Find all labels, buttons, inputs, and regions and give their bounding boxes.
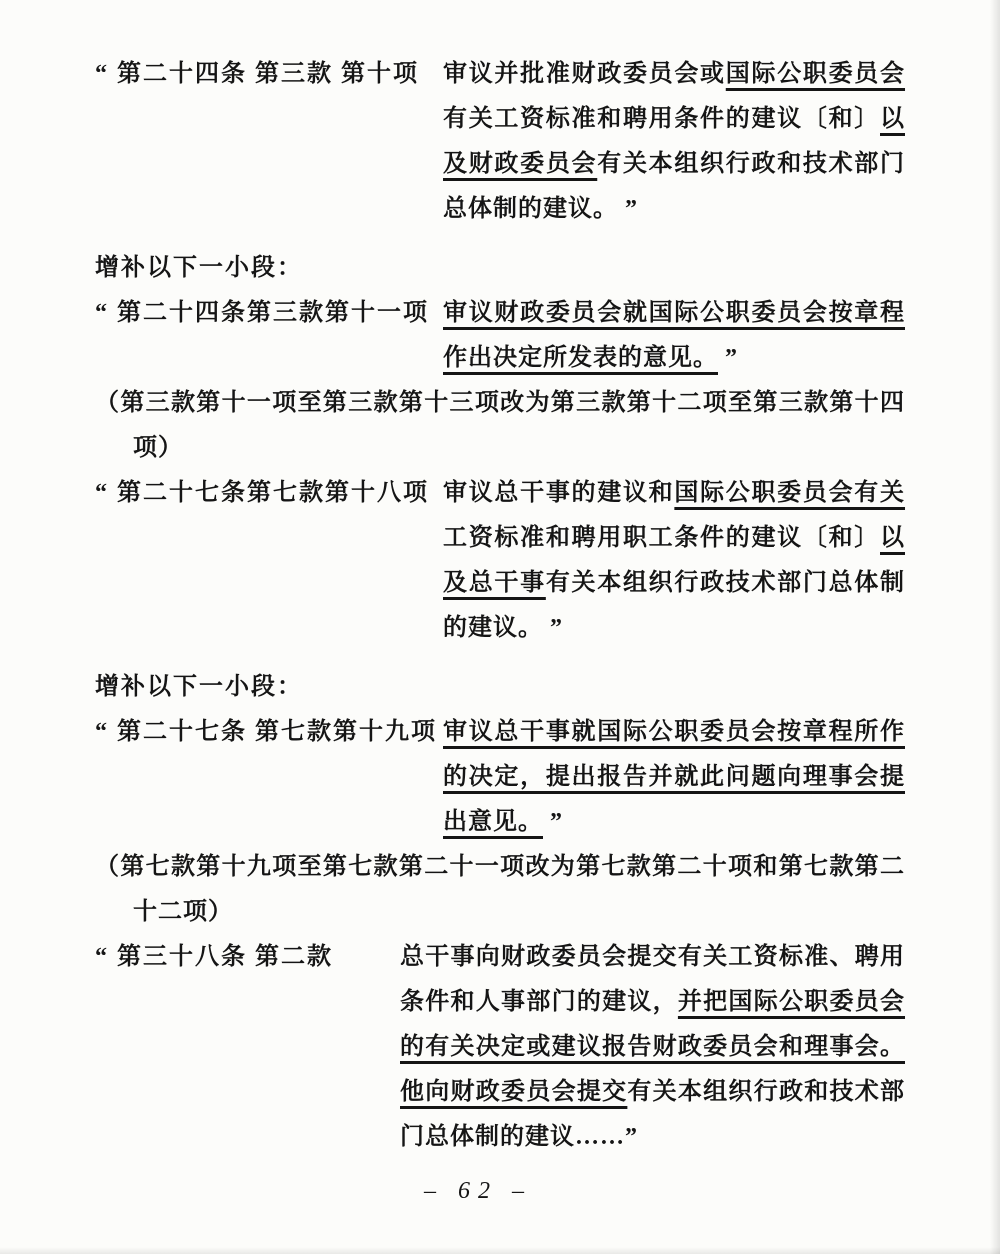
page-number: – 62 – <box>0 1178 978 1205</box>
text-line: （第七款第十九项至第七款第二十一项改为第七款第二十项和第七款第二 <box>95 845 905 890</box>
text-line: 条件和人事部门的建议，并把国际公职委员会 <box>400 980 905 1025</box>
renumber-note: （第七款第十九项至第七款第二十一项改为第七款第二十项和第七款第二 十二项） <box>95 845 905 935</box>
document-content: “ 第二十四条 第三款 第十项 审议并批准财政委员会或国际公职委员会 有关工资标… <box>95 52 905 1160</box>
text-line: 审议总干事的建议和国际公职委员会有关 <box>443 471 905 516</box>
underlined-text: 并把国际公职委员会 <box>678 989 905 1015</box>
text-line: 十二项） <box>95 890 905 935</box>
underlined-text: 审议财政委员会就国际公职委员会按章程 <box>443 300 905 326</box>
underlined-text: 出意见。 <box>443 809 543 835</box>
insert-note: 增补以下一小段： <box>95 246 905 291</box>
entry-body: 审议财政委员会就国际公职委员会按章程 作出决定所发表的意见。 ” <box>443 291 905 381</box>
insert-note: 增补以下一小段： <box>95 665 905 710</box>
text-line: 及财政委员会有关本组织行政和技术部门 <box>443 142 905 187</box>
entry-body: 审议并批准财政委员会或国际公职委员会 有关工资标准和聘用条件的建议〔和〕以 及财… <box>443 52 905 232</box>
article-label: “ 第二十四条 第三款 第十项 <box>95 52 443 97</box>
entry-body: 总干事向财政委员会提交有关工资标准、聘用 条件和人事部门的建议，并把国际公职委员… <box>400 935 905 1160</box>
text-line: 审议总干事就国际公职委员会按章程所作 <box>443 710 905 755</box>
underlined-text: 的有关决定或建议报告财政委员会和理事会。 <box>400 1034 905 1060</box>
text-line: 总干事向财政委员会提交有关工资标准、聘用 <box>400 935 905 980</box>
underlined-text: 及财政委员会 <box>443 151 597 177</box>
text-line: 门总体制的建议……” <box>400 1115 905 1160</box>
amendment-entry-art24-item10: “ 第二十四条 第三款 第十项 审议并批准财政委员会或国际公职委员会 有关工资标… <box>95 52 905 232</box>
text-line: 项） <box>95 426 905 471</box>
underlined-text: 国际公职委员会有关 <box>674 480 905 506</box>
underlined-text: 作出决定所发表的意见。 <box>443 345 718 371</box>
text-line: 及总干事有关本组织行政技术部门总体制 <box>443 561 905 606</box>
amendment-entry-art38-para2: “ 第三十八条 第二款 总干事向财政委员会提交有关工资标准、聘用 条件和人事部门… <box>95 935 905 1160</box>
text-line: 出意见。 ” <box>443 800 905 845</box>
text-line: 的决定，提出报告并就此问题向理事会提 <box>443 755 905 800</box>
underlined-text: 他向财政委员会提交 <box>400 1079 627 1105</box>
text-line: 他向财政委员会提交有关本组织行政和技术部 <box>400 1070 905 1115</box>
underlined-text: 的决定，提出报告并就此问题向理事会提 <box>443 764 905 790</box>
text-line: 作出决定所发表的意见。 ” <box>443 336 905 381</box>
underlined-text: 审议总干事就国际公职委员会按章程所作 <box>443 719 905 745</box>
text-line: 总体制的建议。 ” <box>443 187 905 232</box>
underlined-text: 以 <box>880 106 905 132</box>
entry-body: 审议总干事的建议和国际公职委员会有关 工资标准和聘用职工条件的建议〔和〕以 及总… <box>443 471 905 651</box>
article-label: “ 第三十八条 第二款 <box>95 935 400 980</box>
text-line: 的建议。 ” <box>443 606 905 651</box>
underlined-text: 国际公职委员会 <box>726 61 905 87</box>
underlined-text: 以 <box>880 525 905 551</box>
amendment-entry-art27-item18: “ 第二十七条第七款第十八项 审议总干事的建议和国际公职委员会有关 工资标准和聘… <box>95 471 905 651</box>
article-label: “ 第二十四条第三款第十一项 <box>95 291 443 336</box>
text-line: 有关工资标准和聘用条件的建议〔和〕以 <box>443 97 905 142</box>
amendment-entry-art24-item11: “ 第二十四条第三款第十一项 审议财政委员会就国际公职委员会按章程 作出决定所发… <box>95 291 905 381</box>
article-label: “ 第二十七条 第七款第十九项 <box>95 710 443 755</box>
entry-body: 审议总干事就国际公职委员会按章程所作 的决定，提出报告并就此问题向理事会提 出意… <box>443 710 905 845</box>
text-line: 的有关决定或建议报告财政委员会和理事会。 <box>400 1025 905 1070</box>
article-label: “ 第二十七条第七款第十八项 <box>95 471 443 516</box>
text-line: 审议财政委员会就国际公职委员会按章程 <box>443 291 905 336</box>
underlined-text: 及总干事 <box>443 570 546 596</box>
renumber-note: （第三款第十一项至第三款第十三项改为第三款第十二项至第三款第十四 项） <box>95 381 905 471</box>
amendment-entry-art27-item19: “ 第二十七条 第七款第十九项 审议总干事就国际公职委员会按章程所作 的决定，提… <box>95 710 905 845</box>
text-line: 审议并批准财政委员会或国际公职委员会 <box>443 52 905 97</box>
text-line: （第三款第十一项至第三款第十三项改为第三款第十二项至第三款第十四 <box>95 381 905 426</box>
document-page: “ 第二十四条 第三款 第十项 审议并批准财政委员会或国际公职委员会 有关工资标… <box>0 0 1000 1254</box>
text-line: 工资标准和聘用职工条件的建议〔和〕以 <box>443 516 905 561</box>
